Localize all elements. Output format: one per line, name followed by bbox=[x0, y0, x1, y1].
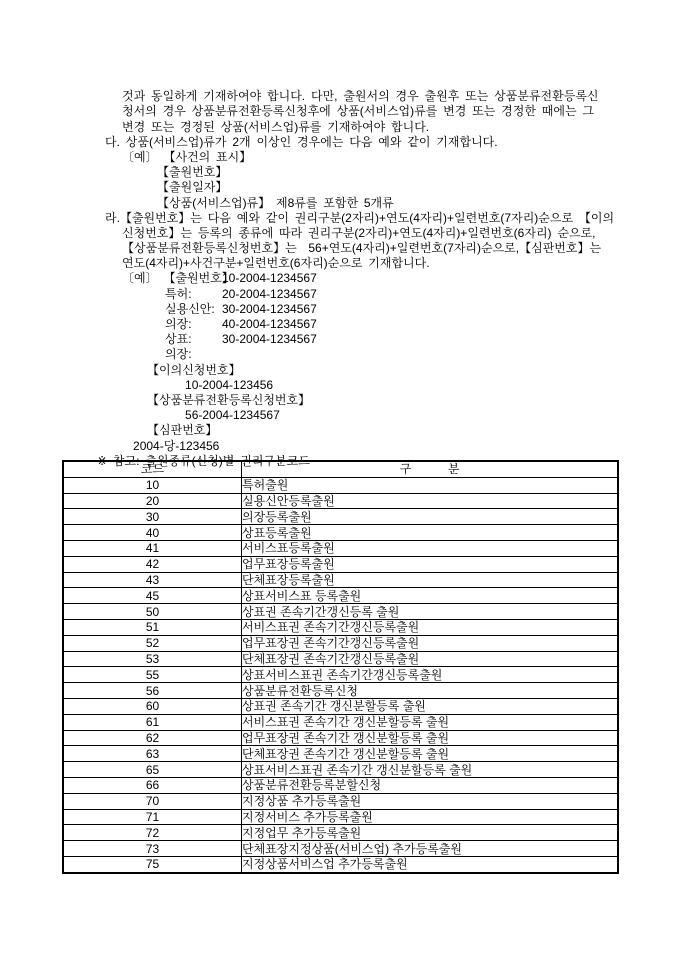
line-value: 40-2004-1234567 bbox=[222, 317, 317, 332]
category-cell: 상표권 존속기간갱신등록 출원 bbox=[242, 604, 619, 620]
category-cell: 단체표장권 존속기간갱신등록출원 bbox=[242, 651, 619, 667]
text-line: 2004-당-123456 bbox=[0, 423, 680, 438]
code-cell: 73 bbox=[63, 841, 242, 857]
category-cell: 상표서비스표권 존속기간갱신등록출원 bbox=[242, 667, 619, 683]
text-line: 변경 또는 경정된 상품(서비스업)류를 기재하여야 합니다. bbox=[0, 104, 680, 119]
line-value: 30-2004-1234567 bbox=[222, 302, 317, 317]
category-cell: 상표권 존속기간 갱신분할등록 출원 bbox=[242, 698, 619, 714]
code-cell: 70 bbox=[63, 793, 242, 809]
code-cell: 66 bbox=[63, 777, 242, 793]
table-row: 43 단체표장등록출원 bbox=[63, 572, 618, 588]
code-cell: 56 bbox=[63, 683, 242, 699]
category-cell: 상품분류전환등록신청 bbox=[242, 683, 619, 699]
table-row: 61 서비스표권 존속기간 갱신분할등록 출원 bbox=[63, 714, 618, 730]
code-cell: 30 bbox=[63, 509, 242, 525]
text-line: 신청번호】는 등록의 종류에 따라 권리구분(2자리)+연도(4자리)+일련번호… bbox=[0, 211, 680, 226]
category-cell: 특허출원 bbox=[242, 477, 619, 493]
text-line: 의장: 30-2004-1234567 bbox=[0, 332, 680, 347]
text-line: 【출원번호】 bbox=[0, 150, 680, 165]
code-cell: 43 bbox=[63, 572, 242, 588]
table-row: 52 업무표장권 존속기간갱신등록출원 bbox=[63, 635, 618, 651]
category-cell: 상표서비스표 등록출원 bbox=[242, 588, 619, 604]
text-line: 【상품분류전환등록신청번호】 bbox=[0, 378, 680, 393]
category-cell: 지정업무 추가등록출원 bbox=[242, 825, 619, 841]
code-table: 코드 구 분 10 특허출원 20 실용신안등록출원 30 의장등록출원 40 bbox=[62, 460, 619, 874]
category-cell: 서비스표권 존속기간 갱신분할등록 출원 bbox=[242, 714, 619, 730]
category-cell: 업무표장권 존속기간 갱신분할등록 출원 bbox=[242, 730, 619, 746]
code-cell: 62 bbox=[63, 730, 242, 746]
table-row: 53 단체표장권 존속기간갱신등록출원 bbox=[63, 651, 618, 667]
table-row: 62 업무표장권 존속기간 갱신분할등록 출원 bbox=[63, 730, 618, 746]
category-cell: 의장등록출원 bbox=[242, 509, 619, 525]
line-value: 30-2004-1234567 bbox=[222, 332, 317, 347]
text-line: 【심판번호】 bbox=[0, 408, 680, 423]
code-cell: 50 bbox=[63, 604, 242, 620]
body-text: 것과 동일하게 기재하여야 합니다. 다만, 출원서의 경우 출원후 또는 상품… bbox=[0, 74, 680, 454]
category-cell: 업무표장등록출원 bbox=[242, 556, 619, 572]
code-column-header: 코드 bbox=[63, 461, 242, 477]
category-cell: 지정상품서비스업 추가등록출원 bbox=[242, 856, 619, 872]
category-cell: 단체표장등록출원 bbox=[242, 572, 619, 588]
code-cell: 55 bbox=[63, 667, 242, 683]
table-row: 60 상표권 존속기간 갱신분할등록 출원 bbox=[63, 698, 618, 714]
table-row: 41 서비스표등록출원 bbox=[63, 540, 618, 556]
text-line: 의장: 30-2004-1234567 bbox=[0, 302, 680, 317]
table-row: 40 상표등록출원 bbox=[63, 525, 618, 541]
code-cell: 51 bbox=[63, 619, 242, 635]
table-row: 42 업무표장등록출원 bbox=[63, 556, 618, 572]
table-row: 55 상표서비스표권 존속기간갱신등록출원 bbox=[63, 667, 618, 683]
table-row: 20 실용신안등록출원 bbox=[63, 493, 618, 509]
text-line: 【상품분류전환등록신청번호】는 56+연도(4자리)+일련번호(7자리)순으로,… bbox=[0, 226, 680, 241]
text-line: 〔예〕 【출원번호】 bbox=[0, 256, 680, 271]
category-cell: 단체표장지정상품(서비스업) 추가등록출원 bbox=[242, 841, 619, 857]
category-cell: 단체표장권 존속기간 갱신분할등록 출원 bbox=[242, 746, 619, 762]
text-line: 【이의신청번호】 bbox=[0, 347, 680, 362]
category-cell: 상표등록출원 bbox=[242, 525, 619, 541]
code-cell: 75 bbox=[63, 856, 242, 872]
text-line: 라.【출원번호】는 다음 예와 같이 권리구분(2자리)+연도(4자리)+일련번… bbox=[0, 196, 680, 211]
table-body: 10 특허출원 20 실용신안등록출원 30 의장등록출원 40 상표등록출원 … bbox=[63, 477, 618, 872]
category-cell: 지정상품 추가등록출원 bbox=[242, 793, 619, 809]
code-cell: 42 bbox=[63, 556, 242, 572]
text-line: 실용신안: 20-2004-1234567 bbox=[0, 287, 680, 302]
text-line: 특허: 10-2004-1234567 bbox=[0, 271, 680, 286]
code-cell: 53 bbox=[63, 651, 242, 667]
code-cell: 61 bbox=[63, 714, 242, 730]
category-cell: 업무표장권 존속기간갱신등록출원 bbox=[242, 635, 619, 651]
category-cell: 실용신안등록출원 bbox=[242, 493, 619, 509]
table-row: 56 상품분류전환등록신청 bbox=[63, 683, 618, 699]
table-row: 75 지정상품서비스업 추가등록출원 bbox=[63, 856, 618, 872]
code-cell: 20 bbox=[63, 493, 242, 509]
text-line: 상표: 40-2004-1234567 bbox=[0, 317, 680, 332]
text-line: 56-2004-1234567 bbox=[0, 393, 680, 408]
code-cell: 71 bbox=[63, 809, 242, 825]
category-column-header: 구 분 bbox=[242, 461, 619, 477]
text-line: 다. 상품(서비스업)류가 2개 이상인 경우에는 다음 예와 같이 기재합니다… bbox=[0, 120, 680, 135]
code-cell: 52 bbox=[63, 635, 242, 651]
category-cell: 서비스표권 존속기간갱신등록출원 bbox=[242, 619, 619, 635]
code-cell: 10 bbox=[63, 477, 242, 493]
text-line: 【상품(서비스업)류】 제8류를 포함한 5개류 bbox=[0, 180, 680, 195]
table-header-row: 코드 구 분 bbox=[63, 461, 618, 477]
category-cell: 지정서비스 추가등록출원 bbox=[242, 809, 619, 825]
text-line: 【출원일자】 bbox=[0, 165, 680, 180]
table-row: 73 단체표장지정상품(서비스업) 추가등록출원 bbox=[63, 841, 618, 857]
text-line: 것과 동일하게 기재하여야 합니다. 다만, 출원서의 경우 출원후 또는 상품… bbox=[0, 74, 680, 89]
category-cell: 상품분류전환등록분할신청 bbox=[242, 777, 619, 793]
code-cell: 40 bbox=[63, 525, 242, 541]
code-cell: 60 bbox=[63, 698, 242, 714]
table-row: 45 상표서비스표 등록출원 bbox=[63, 588, 618, 604]
table-row: 63 단체표장권 존속기간 갱신분할등록 출원 bbox=[63, 746, 618, 762]
text-line: 청서의 경우 상품분류전환등록신청후에 상품(서비스업)류를 변경 또는 경정한… bbox=[0, 89, 680, 104]
table-row: 65 상표서비스표권 존속기간 갱신분할등록 출원 bbox=[63, 762, 618, 778]
line-value: 20-2004-1234567 bbox=[222, 287, 317, 302]
code-cell: 41 bbox=[63, 540, 242, 556]
code-cell: 65 bbox=[63, 762, 242, 778]
line-value: 10-2004-1234567 bbox=[222, 271, 317, 286]
code-cell: 72 bbox=[63, 825, 242, 841]
category-cell: 상표서비스표권 존속기간 갱신분할등록 출원 bbox=[242, 762, 619, 778]
category-cell: 서비스표등록출원 bbox=[242, 540, 619, 556]
text-line: 〔예〕 【사건의 표시】 bbox=[0, 135, 680, 150]
code-cell: 63 bbox=[63, 746, 242, 762]
table-row: 51 서비스표권 존속기간갱신등록출원 bbox=[63, 619, 618, 635]
table-row: 10 특허출원 bbox=[63, 477, 618, 493]
table-row: 66 상품분류전환등록분할신청 bbox=[63, 777, 618, 793]
text-line: ※ 참고: 출원종류(신청)별 권리구분코드 bbox=[0, 439, 680, 454]
table-row: 30 의장등록출원 bbox=[63, 509, 618, 525]
table-row: 71 지정서비스 추가등록출원 bbox=[63, 809, 618, 825]
table-row: 50 상표권 존속기간갱신등록 출원 bbox=[63, 604, 618, 620]
code-cell: 45 bbox=[63, 588, 242, 604]
text-line: 10-2004-123456 bbox=[0, 363, 680, 378]
text-line: 연도(4자리)+사건구분+일련번호(6자리)순으로 기재합니다. bbox=[0, 241, 680, 256]
table-row: 72 지정업무 추가등록출원 bbox=[63, 825, 618, 841]
table-row: 70 지정상품 추가등록출원 bbox=[63, 793, 618, 809]
